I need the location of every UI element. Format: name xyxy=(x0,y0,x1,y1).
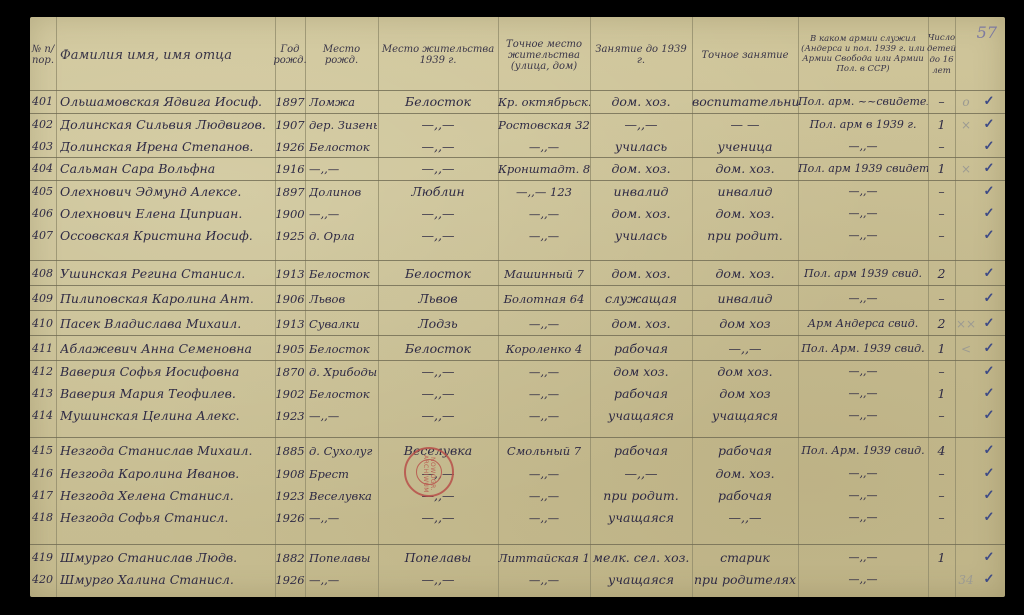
table-row: 412 Ваверия Софья Иосифовна 1870 д. Хриб… xyxy=(30,361,1005,383)
address: —,,— xyxy=(498,507,590,529)
person-name: Долинская Сильвия Людвигов. xyxy=(60,114,274,136)
table-row: 403 Долинская Ирена Степанов. 1926 Белос… xyxy=(30,136,1005,158)
birth-year: 1916 xyxy=(275,158,305,180)
residence-1939: Белосток xyxy=(378,91,498,113)
table-row: 420 Шмурго Халина Станисл. 1926 —,,— —,,… xyxy=(30,569,1005,591)
birthplace: д. Хрибоды xyxy=(309,361,377,383)
children-count: 1 xyxy=(928,158,955,180)
occupation-now: дом. хоз. xyxy=(692,263,798,285)
children-count: – xyxy=(928,91,955,113)
occupation-now: дом. хоз. xyxy=(692,203,798,225)
check-mark-icon: ✓ xyxy=(977,225,1001,247)
documents: —,,— xyxy=(798,485,928,507)
pencil-mark xyxy=(955,361,977,383)
birthplace: Долинов xyxy=(309,181,377,203)
occupation-pre: учащаяся xyxy=(590,405,692,427)
documents: —,,— xyxy=(798,569,928,591)
header-name: Фамилия имя, имя отца xyxy=(56,25,279,85)
row-number: 420 xyxy=(32,569,56,591)
documents: —,,— xyxy=(798,181,928,203)
check-mark-icon: ✓ xyxy=(977,203,1001,225)
header-year: Год рожд. xyxy=(275,25,305,85)
person-name: Шмурго Станислав Людв. xyxy=(60,547,274,569)
residence-1939: —,,— xyxy=(378,136,498,158)
address: Кр. октябрьск. 161 xyxy=(498,91,590,113)
occupation-now: —,,— xyxy=(692,338,798,360)
row-number: 402 xyxy=(32,114,56,136)
residence-1939: —,,— xyxy=(378,203,498,225)
address: —,,— xyxy=(498,405,590,427)
pencil-mark xyxy=(955,485,977,507)
birthplace: —,,— xyxy=(309,158,377,180)
residence-1939: —,,— xyxy=(378,507,498,529)
person-name: Пилиповская Каролина Ант. xyxy=(60,288,274,310)
residence-1939: Львов xyxy=(378,288,498,310)
occupation-now: рабочая xyxy=(692,440,798,462)
check-mark-icon: ✓ xyxy=(977,313,1001,335)
pencil-mark xyxy=(955,383,977,405)
documents: —,,— xyxy=(798,225,928,247)
row-number: 415 xyxy=(32,440,56,462)
address: —,,— xyxy=(498,136,590,158)
occupation-now: учащаяся xyxy=(692,405,798,427)
birth-year: 1905 xyxy=(275,338,305,360)
person-name: Незгода Софья Станисл. xyxy=(60,507,274,529)
children-count: – xyxy=(928,203,955,225)
birth-year: 1926 xyxy=(275,136,305,158)
row-number: 407 xyxy=(32,225,56,247)
birthplace: Белосток xyxy=(309,136,377,158)
row-number: 413 xyxy=(32,383,56,405)
header-documents: В каком армии служил (Андерса и пол. 193… xyxy=(798,21,928,87)
person-name: Незгода Каролина Иванов. xyxy=(60,463,274,485)
residence-1939: —,,— xyxy=(378,225,498,247)
occupation-now: инвалид xyxy=(692,181,798,203)
check-mark-icon: ✓ xyxy=(977,569,1001,591)
pencil-mark xyxy=(955,288,977,310)
occupation-pre: при родит. xyxy=(590,485,692,507)
children-count: – xyxy=(928,181,955,203)
check-mark-icon: ✓ xyxy=(977,263,1001,285)
table-row: 404 Сальман Сара Вольфна 1916 —,,— —,,— … xyxy=(30,158,1005,180)
birthplace: д. Сухолуг xyxy=(309,440,377,462)
grid-line xyxy=(30,544,1005,545)
birthplace: Ломжа xyxy=(309,91,377,113)
person-name: Пасек Владислава Михаил. xyxy=(60,313,274,335)
pencil-mark xyxy=(955,136,977,158)
person-name: Олехнович Елена Циприан. xyxy=(60,203,274,225)
row-number: 406 xyxy=(32,203,56,225)
occupation-now: дом хоз. xyxy=(692,361,798,383)
check-mark-icon: ✓ xyxy=(977,181,1001,203)
birth-year: 1913 xyxy=(275,263,305,285)
occupation-pre: учащаяся xyxy=(590,507,692,529)
check-mark-icon: ✓ xyxy=(977,485,1001,507)
pencil-mark: о xyxy=(955,91,977,113)
person-name: Ваверия Софья Иосифовна xyxy=(60,361,274,383)
row-number: 416 xyxy=(32,463,56,485)
birth-year: 1906 xyxy=(275,288,305,310)
occupation-pre: —,,— xyxy=(590,463,692,485)
table-row: 409 Пилиповская Каролина Ант. 1906 Львов… xyxy=(30,288,1005,310)
address: Машинный 7 xyxy=(498,263,590,285)
grid-line xyxy=(30,437,1005,438)
check-mark-icon: ✓ xyxy=(977,383,1001,405)
birth-year: 1913 xyxy=(275,313,305,335)
residence-1939: Белосток xyxy=(378,338,498,360)
birthplace: Белосток xyxy=(309,338,377,360)
row-number: 418 xyxy=(32,507,56,529)
occupation-pre: дом. хоз. xyxy=(590,158,692,180)
occupation-now: инвалид xyxy=(692,288,798,310)
documents: Арм Андерса свид. xyxy=(798,313,928,335)
header-address: Точное место жительства (улица, дом) xyxy=(498,25,590,85)
residence-1939: —,,— xyxy=(378,361,498,383)
check-mark-icon: ✓ xyxy=(977,507,1001,529)
check-mark-icon: ✓ xyxy=(977,361,1001,383)
pencil-mark: × xyxy=(955,158,977,180)
occupation-now: рабочая xyxy=(692,485,798,507)
check-mark-icon: ✓ xyxy=(977,463,1001,485)
birthplace: дер. Зизень xyxy=(309,114,377,136)
children-count: 2 xyxy=(928,313,955,335)
check-mark-icon: ✓ xyxy=(977,136,1001,158)
documents: —,,— xyxy=(798,547,928,569)
children-count xyxy=(928,569,955,591)
birth-year: 1926 xyxy=(275,507,305,529)
check-mark-icon: ✓ xyxy=(977,440,1001,462)
occupation-pre: рабочая xyxy=(590,338,692,360)
occupation-pre: служащая xyxy=(590,288,692,310)
grid-line xyxy=(30,285,1005,286)
pencil-mark xyxy=(955,203,977,225)
address: Болотная 64 xyxy=(498,288,590,310)
occupation-now: —,,— xyxy=(692,507,798,529)
birthplace: Веселувка xyxy=(309,485,377,507)
occupation-now: — — xyxy=(692,114,798,136)
occupation-pre: рабочая xyxy=(590,383,692,405)
address: Литтайская 17 xyxy=(498,547,590,569)
row-number: 419 xyxy=(32,547,56,569)
residence-1939: Попелавы xyxy=(378,547,498,569)
occupation-pre: учащаяся xyxy=(590,569,692,591)
residence-1939: —,,— xyxy=(378,569,498,591)
table-row: 418 Незгода Софья Станисл. 1926 —,,— —,,… xyxy=(30,507,1005,529)
table-row: 411 Аблажевич Анна Семеновна 1905 Белост… xyxy=(30,338,1005,360)
occupation-pre: училась xyxy=(590,225,692,247)
occupation-now: старик xyxy=(692,547,798,569)
table-row: 417 Незгода Хелена Станисл. 1923 Веселув… xyxy=(30,485,1005,507)
table-row: 406 Олехнович Елена Циприан. 1900 —,,— —… xyxy=(30,203,1005,225)
occupation-pre: дом. хоз. xyxy=(590,263,692,285)
birthplace: Львов xyxy=(309,288,377,310)
occupation-now: дом. хоз. xyxy=(692,463,798,485)
row-number: 410 xyxy=(32,313,56,335)
birth-year: 1900 xyxy=(275,203,305,225)
documents: —,,— xyxy=(798,405,928,427)
residence-1939: —,,— xyxy=(378,405,498,427)
grid-line xyxy=(30,260,1005,261)
documents: Пол. арм 1939 свидет. xyxy=(798,158,928,180)
children-count: 1 xyxy=(928,338,955,360)
documents: —,,— xyxy=(798,136,928,158)
children-count: 1 xyxy=(928,114,955,136)
table-row: 401 Ольшамовская Ядвига Иосиф. 1897 Ломж… xyxy=(30,91,1005,113)
table-row: 407 Оссовская Кристина Иосиф. 1925 д. Ор… xyxy=(30,225,1005,247)
children-count: 2 xyxy=(928,263,955,285)
occupation-now: воспитательница 6 xyxy=(692,91,798,113)
documents: —,,— xyxy=(798,383,928,405)
birthplace: д. Орла xyxy=(309,225,377,247)
residence-1939: —,,— xyxy=(378,383,498,405)
table-row: 416 Незгода Каролина Иванов. 1908 Брест … xyxy=(30,463,1005,485)
table-row: 419 Шмурго Станислав Людв. 1882 Попелавы… xyxy=(30,547,1005,569)
birthplace: Брест xyxy=(309,463,377,485)
children-count: – xyxy=(928,463,955,485)
documents: —,,— xyxy=(798,361,928,383)
address: —,,— xyxy=(498,313,590,335)
birth-year: 1882 xyxy=(275,547,305,569)
person-name: Мушинская Целина Алекс. xyxy=(60,405,274,427)
occupation-pre: дом хоз. xyxy=(590,361,692,383)
occupation-pre: мелк. сел. хоз. xyxy=(590,547,692,569)
table-row: 402 Долинская Сильвия Людвигов. 1907 дер… xyxy=(30,114,1005,136)
documents: Пол. Арм. 1939 свид. xyxy=(798,338,928,360)
occupation-pre: училась xyxy=(590,136,692,158)
row-number: 401 xyxy=(32,91,56,113)
children-count: – xyxy=(928,361,955,383)
birth-year: 1897 xyxy=(275,91,305,113)
row-number: 409 xyxy=(32,288,56,310)
birth-year: 1907 xyxy=(275,114,305,136)
residence-1939: Лодзь xyxy=(378,313,498,335)
page-number: 57 xyxy=(977,23,997,42)
header-children: Число детей до 16 лет xyxy=(928,25,955,85)
person-name: Сальман Сара Вольфна xyxy=(60,158,274,180)
birth-year: 1885 xyxy=(275,440,305,462)
address: Кронштадт. 87 xyxy=(498,158,590,180)
documents: Пол. Арм. 1939 свид. xyxy=(798,440,928,462)
children-count: 1 xyxy=(928,547,955,569)
check-mark-icon: ✓ xyxy=(977,288,1001,310)
children-count: – xyxy=(928,405,955,427)
documents: Пол. арм 1939 свид. xyxy=(798,263,928,285)
residence-1939: Люблин xyxy=(378,181,498,203)
table-row: 410 Пасек Владислава Михаил. 1913 Сувалк… xyxy=(30,313,1005,335)
pencil-mark xyxy=(955,547,977,569)
row-number: 405 xyxy=(32,181,56,203)
row-number: 417 xyxy=(32,485,56,507)
address: —,,— xyxy=(498,225,590,247)
grid-line xyxy=(30,310,1005,311)
check-mark-icon: ✓ xyxy=(977,547,1001,569)
row-number: 403 xyxy=(32,136,56,158)
birth-year: 1923 xyxy=(275,485,305,507)
documents: —,,— xyxy=(798,288,928,310)
birthplace: —,,— xyxy=(309,405,377,427)
person-name: Ольшамовская Ядвига Иосиф. xyxy=(60,91,274,113)
birth-year: 1926 xyxy=(275,569,305,591)
occupation-pre: рабочая xyxy=(590,440,692,462)
header-residence: Место жительства 1939 г. xyxy=(378,25,498,85)
children-count: – xyxy=(928,485,955,507)
pencil-mark: ×× xyxy=(955,313,977,335)
children-count: – xyxy=(928,507,955,529)
check-mark-icon: ✓ xyxy=(977,114,1001,136)
table-row: 415 Незгода Станислав Михаил. 1885 д. Су… xyxy=(30,440,1005,462)
table-row: 405 Олехнович Эдмунд Алексе. 1897 Долино… xyxy=(30,181,1005,203)
pencil-mark xyxy=(955,440,977,462)
pencil-mark xyxy=(955,181,977,203)
birthplace: Сувалки xyxy=(309,313,377,335)
documents: Пол. арм в 1939 г. xyxy=(798,114,928,136)
birth-year: 1925 xyxy=(275,225,305,247)
archive-stamp: NOWOGR. ARCHIWUM xyxy=(404,447,454,497)
occupation-pre: дом. хоз. xyxy=(590,91,692,113)
pencil-mark xyxy=(955,263,977,285)
birthplace: Белосток xyxy=(309,383,377,405)
children-count: 4 xyxy=(928,440,955,462)
table-row: 414 Мушинская Целина Алекс. 1923 —,,— —,… xyxy=(30,405,1005,427)
document-sheet: 57 № п/пор. Фамилия имя, имя отца Год ро… xyxy=(30,17,1005,597)
header-birthplace: Место рожд. xyxy=(305,25,378,85)
address: Короленко 4 xyxy=(498,338,590,360)
header-occupation-now: Точное занятие xyxy=(692,25,798,85)
occupation-pre: дом. хоз. xyxy=(590,203,692,225)
children-count: – xyxy=(928,288,955,310)
stamp-text: NOWOGR. ARCHIWUM xyxy=(422,451,436,497)
person-name: Долинская Ирена Степанов. xyxy=(60,136,274,158)
person-name: Шмурго Халина Станисл. xyxy=(60,569,274,591)
header-num: № п/пор. xyxy=(30,25,56,85)
occupation-now: ученица xyxy=(692,136,798,158)
person-name: Аблажевич Анна Семеновна xyxy=(60,338,274,360)
occupation-pre: —,,— xyxy=(590,114,692,136)
residence-1939: —,,— xyxy=(378,158,498,180)
birth-year: 1902 xyxy=(275,383,305,405)
check-mark-icon: ✓ xyxy=(977,158,1001,180)
person-name: Ушинская Регина Станисл. xyxy=(60,263,274,285)
pencil-mark: < xyxy=(955,338,977,360)
pencil-mark: 34 xyxy=(955,569,977,591)
person-name: Оссовская Кристина Иосиф. xyxy=(60,225,274,247)
row-number: 408 xyxy=(32,263,56,285)
check-mark-icon: ✓ xyxy=(977,91,1001,113)
person-name: Ваверия Мария Теофилев. xyxy=(60,383,274,405)
person-name: Олехнович Эдмунд Алексе. xyxy=(60,181,274,203)
children-count: 1 xyxy=(928,383,955,405)
address: —,,— 123 xyxy=(498,181,590,203)
birth-year: 1870 xyxy=(275,361,305,383)
residence-1939: —,,— xyxy=(378,114,498,136)
pencil-mark xyxy=(955,463,977,485)
person-name: Незгода Станислав Михаил. xyxy=(60,440,274,462)
row-number: 411 xyxy=(32,338,56,360)
pencil-mark xyxy=(955,507,977,529)
birthplace: Белосток xyxy=(309,263,377,285)
children-count: – xyxy=(928,136,955,158)
occupation-pre: инвалид xyxy=(590,181,692,203)
documents: —,,— xyxy=(798,463,928,485)
address: —,,— xyxy=(498,203,590,225)
row-number: 412 xyxy=(32,361,56,383)
birth-year: 1923 xyxy=(275,405,305,427)
address: —,,— xyxy=(498,485,590,507)
birthplace: —,,— xyxy=(309,203,377,225)
occupation-now: дом. хоз. xyxy=(692,158,798,180)
pencil-mark xyxy=(955,225,977,247)
occupation-pre: дом. хоз. xyxy=(590,313,692,335)
grid-line xyxy=(30,335,1005,336)
residence-1939: Белосток xyxy=(378,263,498,285)
person-name: Незгода Хелена Станисл. xyxy=(60,485,274,507)
address: —,,— xyxy=(498,383,590,405)
address: —,,— xyxy=(498,569,590,591)
pencil-mark: × xyxy=(955,114,977,136)
birth-year: 1897 xyxy=(275,181,305,203)
birth-year: 1908 xyxy=(275,463,305,485)
documents: —,,— xyxy=(798,203,928,225)
address: Смольный 7 xyxy=(498,440,590,462)
row-number: 414 xyxy=(32,405,56,427)
occupation-now: дом хоз xyxy=(692,383,798,405)
check-mark-icon: ✓ xyxy=(977,338,1001,360)
children-count: – xyxy=(928,225,955,247)
documents: Пол. арм. ~~свидетел.~~ xyxy=(798,91,928,113)
address: —,,— xyxy=(498,361,590,383)
documents: —,,— xyxy=(798,507,928,529)
birthplace: —,,— xyxy=(309,507,377,529)
table-row: 413 Ваверия Мария Теофилев. 1902 Белосто… xyxy=(30,383,1005,405)
check-mark-icon: ✓ xyxy=(977,405,1001,427)
occupation-now: при родит. xyxy=(692,225,798,247)
occupation-now: дом хоз xyxy=(692,313,798,335)
birthplace: Попелавы xyxy=(309,547,377,569)
header-occupation-pre: Занятие до 1939 г. xyxy=(590,25,692,85)
pencil-mark xyxy=(955,405,977,427)
address: —,,— xyxy=(498,463,590,485)
table-row: 408 Ушинская Регина Станисл. 1913 Белост… xyxy=(30,263,1005,285)
birthplace: —,,— xyxy=(309,569,377,591)
occupation-now: при родителях xyxy=(692,569,798,591)
address: Ростовская 32 xyxy=(498,114,590,136)
row-number: 404 xyxy=(32,158,56,180)
